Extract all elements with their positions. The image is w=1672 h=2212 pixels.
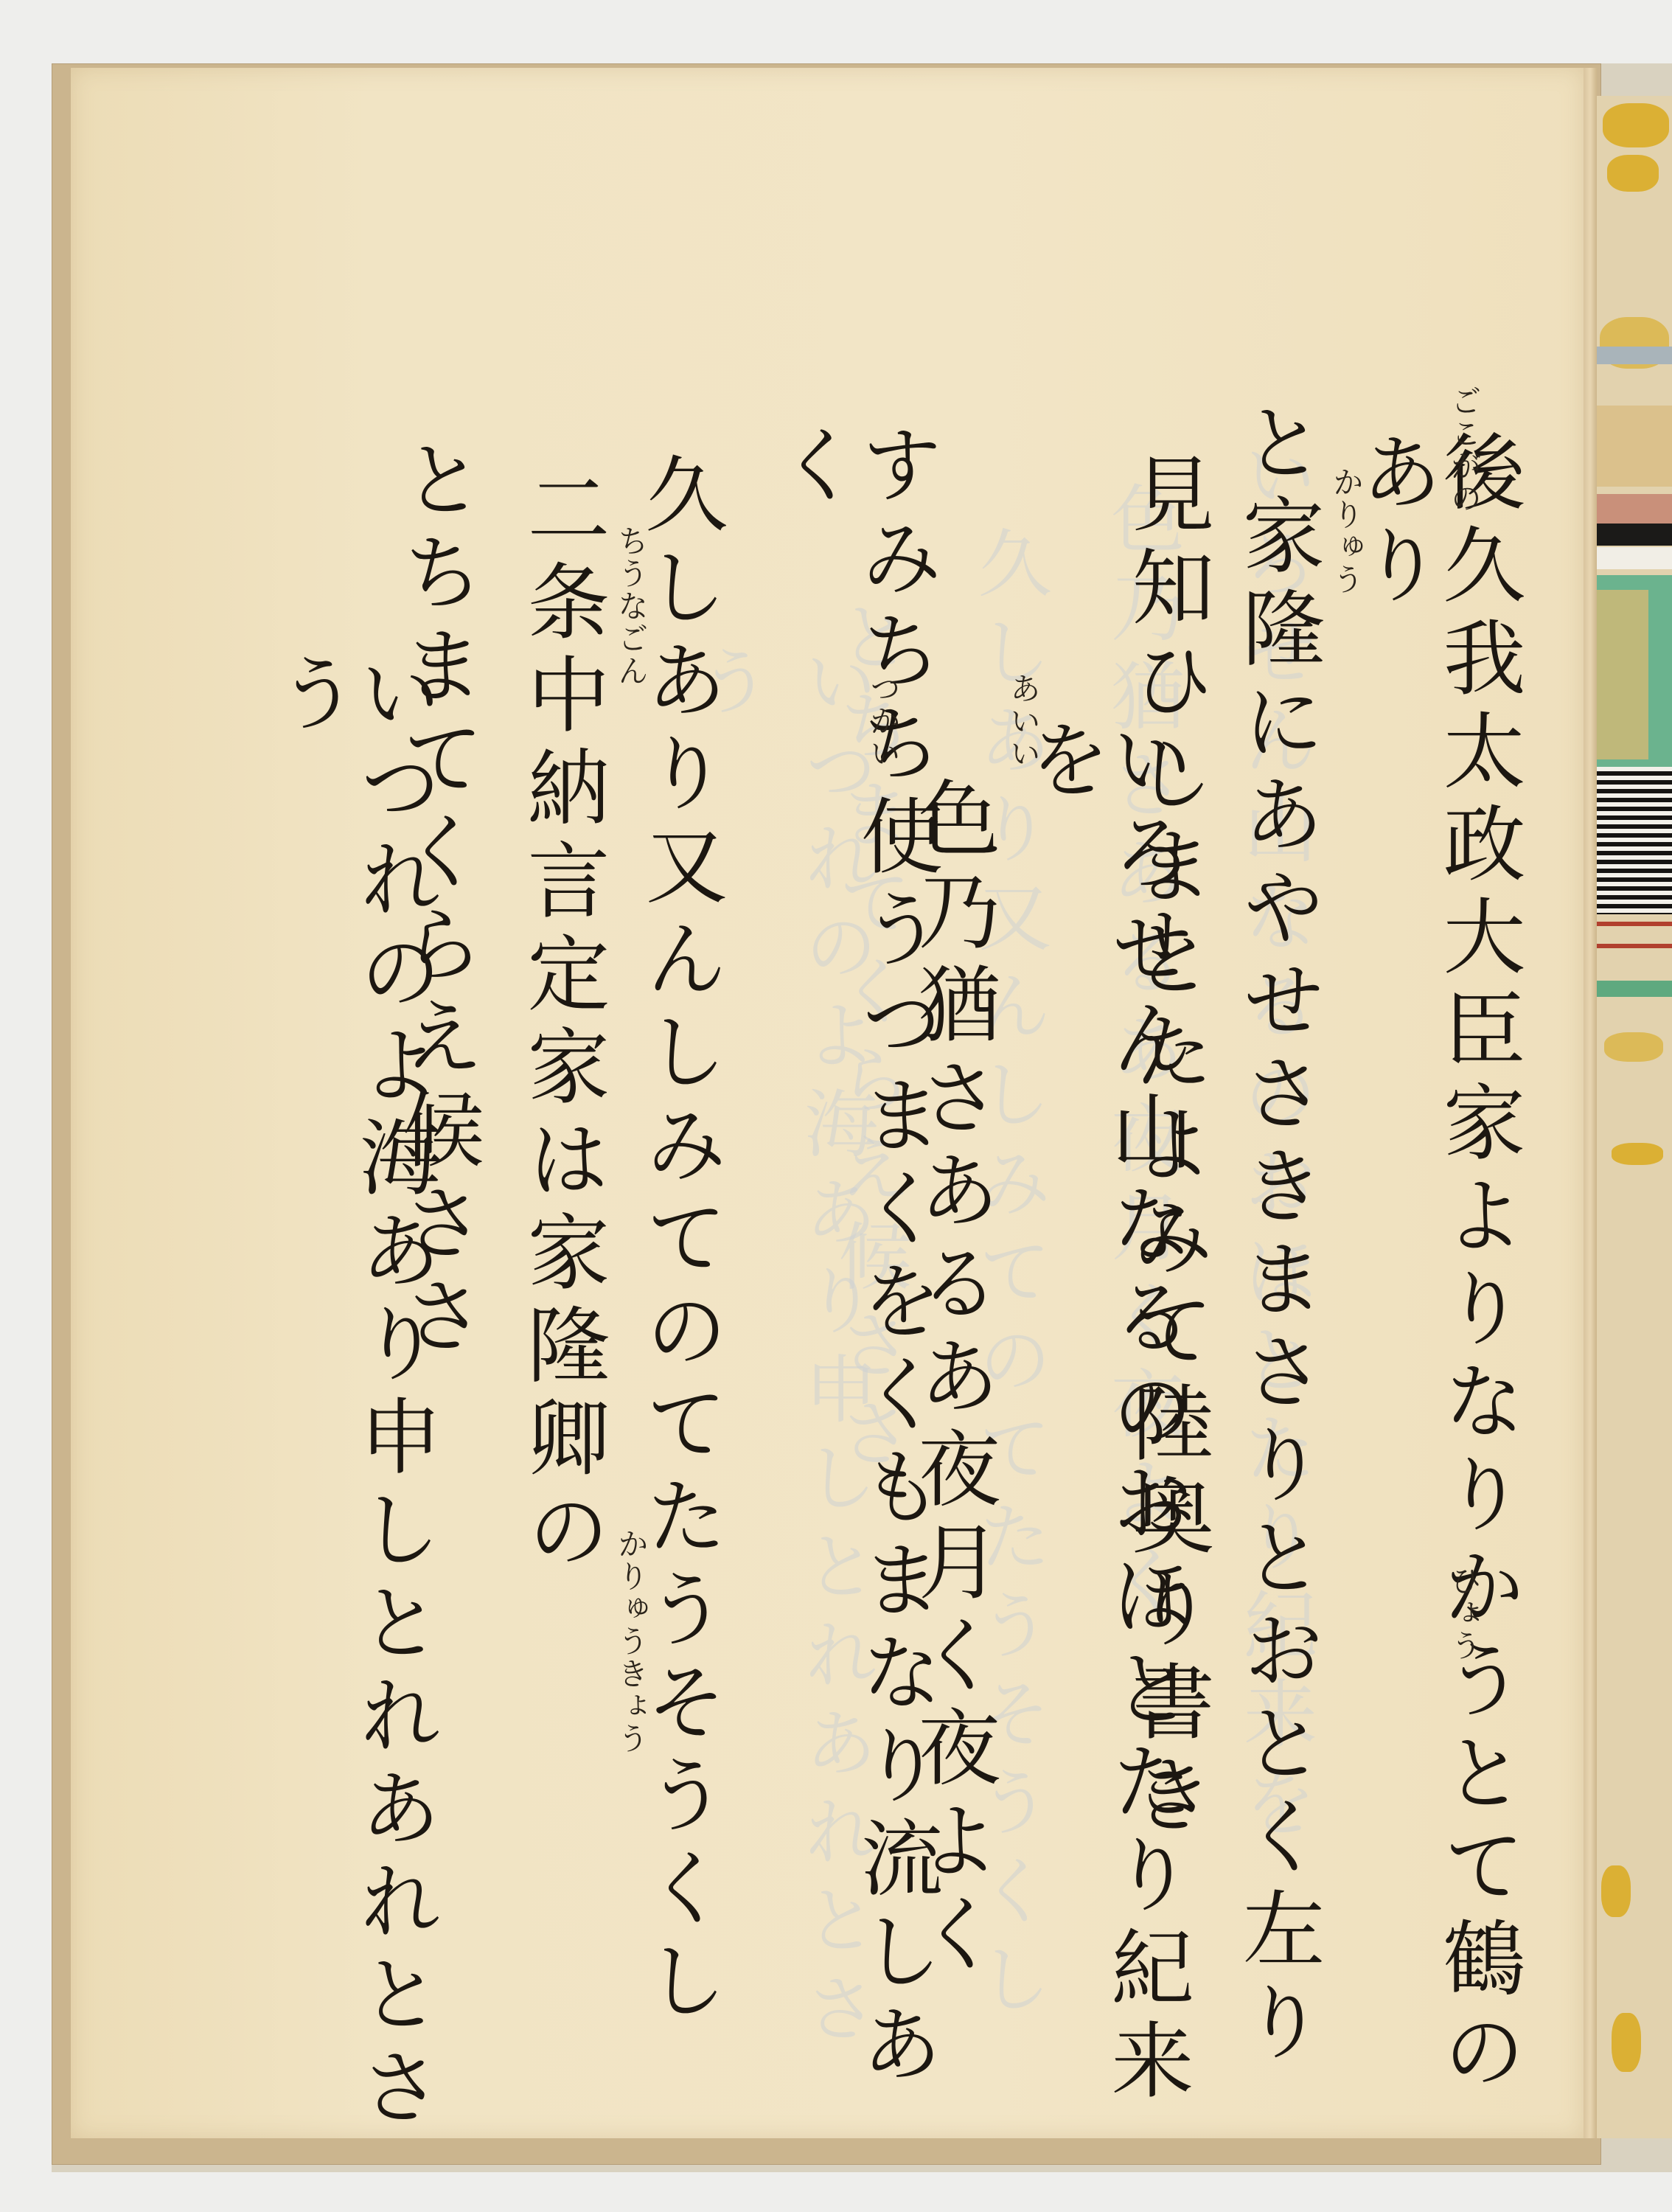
black-band — [1597, 524, 1672, 546]
white-band — [1597, 547, 1672, 569]
text-column-10: いつれのよ海あり申しとれあれとさう — [270, 650, 435, 2138]
text-column-4: いろせん山なるのおほとたり紀来を — [1022, 717, 1187, 2138]
lattice-screen — [1597, 767, 1672, 914]
furigana: あいい — [1001, 672, 1045, 770]
gold-cloud — [1597, 406, 1672, 487]
binding-gutter — [1584, 68, 1597, 2138]
text-column-2: と家隆にあやせさきまさりとおとく左り — [1236, 400, 1318, 2072]
red-line — [1597, 944, 1672, 948]
facing-page-painting — [1597, 96, 1672, 2138]
red-line — [1597, 922, 1672, 926]
gold-leaf — [1603, 103, 1669, 147]
furigana: ごこがの — [1442, 385, 1486, 515]
olive-panel — [1597, 590, 1648, 759]
furigana: かりゅうきょう — [609, 1528, 653, 1755]
gold-leaf — [1604, 1032, 1663, 1062]
green-band — [1597, 981, 1672, 997]
gold-leaf — [1607, 155, 1659, 192]
furigana: ちうなごん — [609, 525, 653, 687]
text-column-7: 久しあり又んしみてのてたうそうくし — [638, 451, 721, 2031]
furigana: ひょう — [1442, 1565, 1486, 1662]
gold-leaf — [1612, 2013, 1641, 2072]
text-column-1: 後久我太政大臣家よりなりかうとて鶴のあり — [1354, 429, 1519, 2138]
gold-leaf — [1612, 1143, 1663, 1165]
gold-leaf — [1601, 1865, 1631, 1917]
furigana: かりゅう — [1324, 466, 1368, 596]
pink-band — [1597, 494, 1672, 524]
manuscript-page: いろせん山なるのおほとたり紀来を 色乃猶さあるあ夜月く夜よく 久しあり又んしみて… — [71, 68, 1584, 2138]
blue-roof-band — [1597, 347, 1672, 364]
text-column-8: 二条中納言定家は家隆卿の — [520, 466, 603, 1581]
furigana: つかい — [861, 672, 905, 770]
text-column-6: すみちち使うつまくをくもまなり流しあく — [771, 422, 936, 2138]
